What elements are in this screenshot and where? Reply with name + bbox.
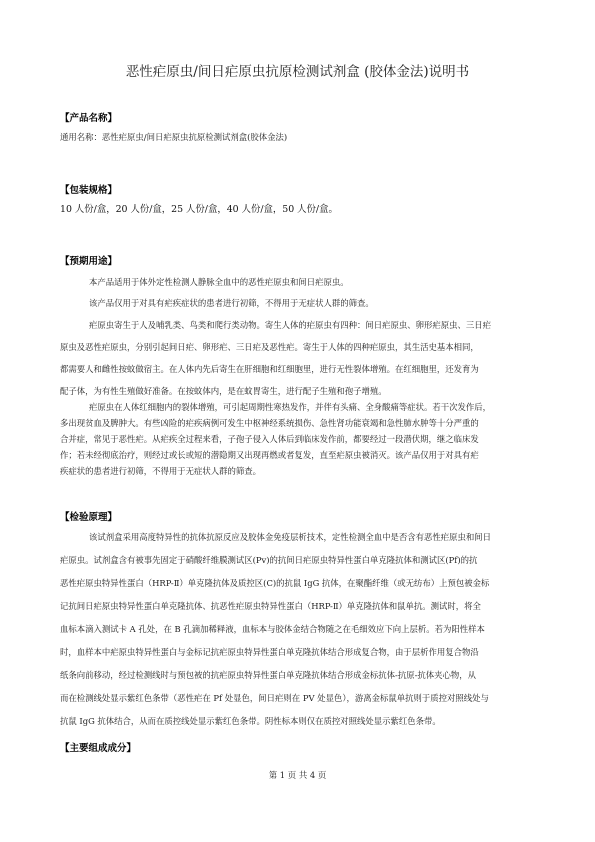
- intended-use-line: 合并症，常见于恶性疟。从疟疾全过程来看，子孢子侵入人体后到临床发作前，都要经过一…: [60, 434, 540, 445]
- intended-use-line: 疟原虫在人体红细胞内的裂体增殖，可引起周期性寒热发作，并伴有头痛、全身酸痛等症状…: [89, 402, 540, 413]
- test-principle-line: 而在检测线处显示紫红色条带（恶性疟在 Pf 处显色，间日疟则在 PV 处显色），…: [60, 693, 540, 704]
- intended-use-line: 疟原虫寄生于人及哺乳类、鸟类和爬行类动物。寄生人体的疟原虫有四种：间日疟原虫、卵…: [89, 320, 540, 331]
- page-number-footer: 第 1 页 共 4 页: [0, 769, 595, 781]
- test-principle-line: 抗鼠 IgG 抗体结合，从而在质控线处显示紫红色条带。阴性标本则仅在质控对照线处…: [60, 716, 540, 727]
- intended-use-line: 原虫及恶性疟原虫，分别引起间日疟、卵形疟、三日疟及恶性疟。寄生于人体的四种疟原虫…: [60, 342, 540, 353]
- test-principle-line: 血标本滴入测试卡 A 孔处，在 B 孔滴加稀释液，血标本与胶体金结合物随之在毛细…: [60, 624, 540, 635]
- intended-use-line: 本产品适用于体外定性检测人静脉全血中的恶性疟原虫和间日疟原虫。: [89, 277, 540, 288]
- intended-use-line: 配子体，为有性生殖做好准备。在按蚊体内，是在蚊胃寄生，进行配子生殖和孢子增殖。: [60, 386, 540, 397]
- test-principle-line: 该试剂盒采用高度特异性的抗体抗原反应及胶体金免疫层析技术，定性检测全血中是否含有…: [89, 532, 540, 543]
- document-title: 恶性疟原虫/间日疟原虫抗原检测试剂盒 (胶体金法)说明书: [0, 60, 595, 80]
- test-principle-line: 恶性疟原虫特异性蛋白（HRP-Ⅱ）单克隆抗体及质控区(C)的抗鼠 IgG 抗体，…: [60, 578, 540, 589]
- product-name-text: 通用名称：恶性疟原虫/间日疟原虫抗原检测试剂盒(胶体金法): [60, 132, 540, 143]
- intended-use-line: 都需要人和雌性按蚊做宿主。在人体内先后寄生在肝细胞和红细胞里，进行无性裂体增殖。…: [60, 364, 540, 375]
- section-heading-main-components: 【主要组成成分】: [60, 740, 136, 754]
- section-heading-product-name: 【产品名称】: [60, 110, 117, 124]
- section-heading-package-spec: 【包装规格】: [60, 182, 117, 196]
- intended-use-line: 疾症状的患者进行初筛，不得用于无症状人群的筛查。: [60, 466, 540, 477]
- section-heading-test-principle: 【检验原理】: [60, 509, 117, 523]
- intended-use-line: 多出现贫血及脾肿大。有些凶险的疟疾病例可发生中枢神经系统损伤、急性肾功能衰竭和急…: [60, 418, 540, 429]
- test-principle-line: 记抗间日疟原虫特异性蛋白单克隆抗体、抗恶性疟原虫特异性蛋白（HRP-Ⅱ）单克隆抗…: [60, 601, 540, 612]
- test-principle-line: 纸条向前移动，经过检测线时与预包被的抗疟原虫特异性蛋白单克隆抗体结合形成金标抗体…: [60, 670, 540, 681]
- intended-use-line: 作；若未经彻底治疗，则经过或长或短的潜隐期又出现再燃或者复发，直至疟原虫被消灭。…: [60, 450, 540, 461]
- test-principle-line: 疟原虫。试剂盒含有被事先固定于硝酸纤维膜测试区(Pv)的抗间日疟原虫特异性蛋白单…: [60, 555, 540, 566]
- test-principle-line: 时，血样本中疟原虫特异性蛋白与金标记抗疟原虫特异性蛋白单克隆抗体结合形成复合物，…: [60, 647, 540, 658]
- intended-use-line: 该产品仅用于对具有疟疾症状的患者进行初筛，不得用于无症状人群的筛查。: [89, 298, 540, 309]
- package-spec-text: 10 人份/盒，20 人份/盒，25 人份/盒，40 人份/盒，50 人份/盒。: [60, 204, 540, 215]
- section-heading-intended-use: 【预期用途】: [60, 253, 117, 267]
